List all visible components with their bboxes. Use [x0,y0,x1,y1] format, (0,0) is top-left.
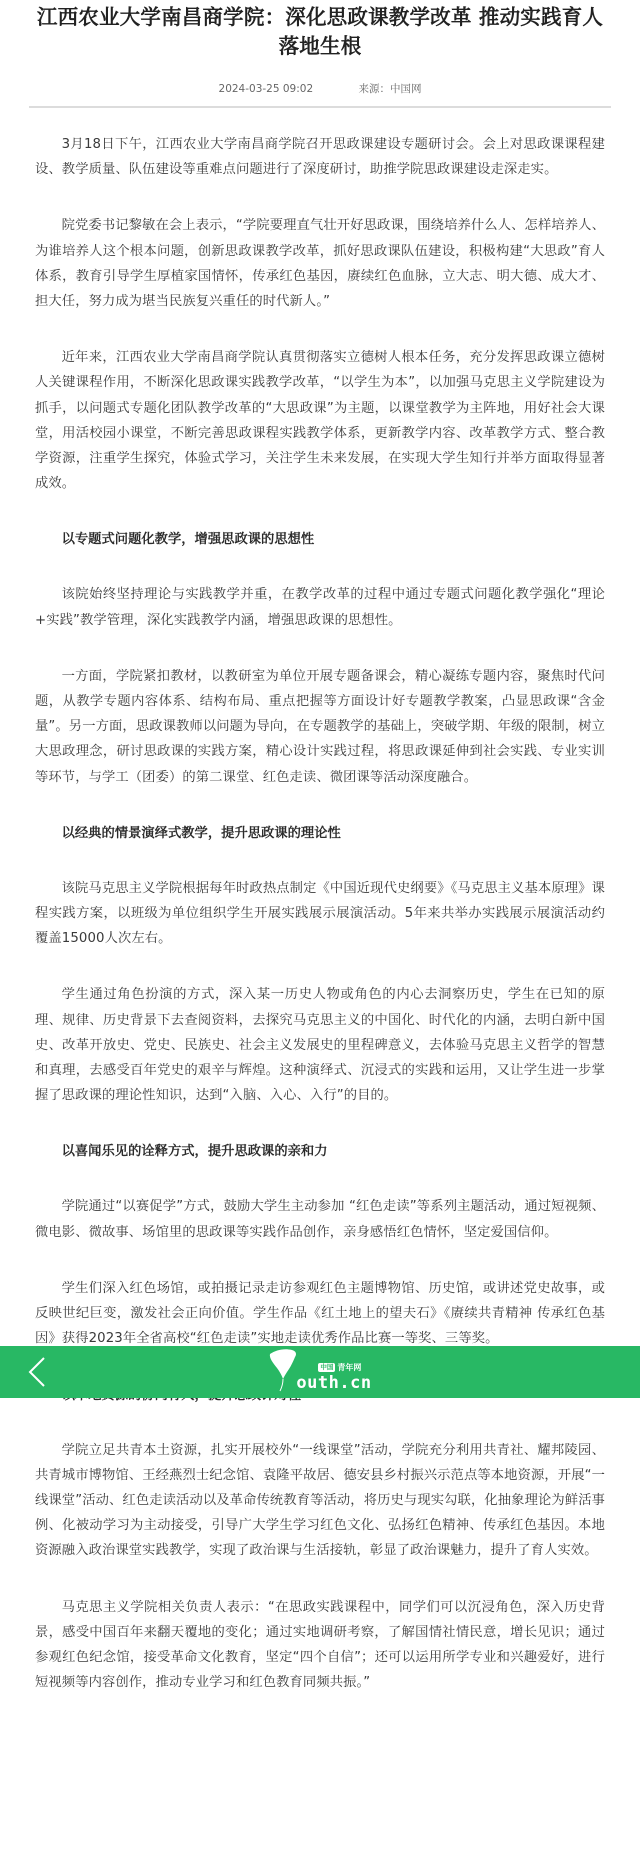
paragraph: 学院通过“以赛促学”方式，鼓励大学生主动参加 “红色走读”等系列主题活动，通过短… [35,1194,605,1244]
chevron-left-icon [22,1356,52,1388]
back-button[interactable] [22,1356,52,1388]
logo-badge: 中国 [318,1363,335,1372]
paragraph: 一方面，学院紧扣教材，以教研室为单位开展专题备课会，精心凝练专题内容，聚焦时代问… [35,664,605,790]
article-title: 江西农业大学南昌商学院：深化思政课教学改革 推动实践育人落地生根 [35,0,605,61]
paragraph: 学生们深入红色场馆，或拍摄记录走访参观红色主题博物馆、历史馆，或讲述党史故事，或… [35,1276,605,1352]
section-heading: 以专题式问题化教学，增强思政课的思想性 [35,527,605,552]
paragraph: 3月18日下午，江西农业大学南昌商学院召开思政课建设专题研讨会。会上对思政课课程… [35,132,605,182]
paragraph: 近年来，江西农业大学南昌商学院认真贯彻落实立德树人根本任务，充分发挥思政课立德树… [35,345,605,496]
section-heading: 以经典的情景演绎式教学，提升思政课的理论性 [35,821,605,846]
paragraph: 学院立足共青本土资源，扎实开展校外“一线课堂”活动，学院充分利用共青社、耀邦陵园… [35,1438,605,1564]
article-page: 江西农业大学南昌商学院：深化思政课教学改革 推动实践育人落地生根 2024-03… [0,0,640,1695]
ginkgo-leaf-icon [268,1348,298,1392]
paragraph: 院党委书记黎敏在会上表示，“学院要理直气壮开好思政课，围绕培养什么人、怎样培养人… [35,213,605,314]
paragraph: 学生通过角色扮演的方式，深入某一历史人物或角色的内心去洞察历史，学生在已知的原理… [35,982,605,1108]
publish-date: 2024-03-25 09:02 [219,83,314,95]
paragraph: 该院始终坚持理论与实践教学并重，在教学改革的过程中通过专题式问题化教学强化“理论… [35,582,605,632]
article-meta: 2024-03-25 09:02 来源：中国网 [35,81,605,97]
logo-cn-text: 青年网 [337,1362,361,1373]
site-header-bar: 中国 青年网 outh.cn [0,1346,640,1398]
logo-english: outh.cn [296,1374,371,1392]
article-source: 来源：中国网 [358,83,421,95]
section-heading: 以喜闻乐见的诠释方式，提升思政课的亲和力 [35,1139,605,1164]
logo-chinese: 中国 青年网 [318,1362,361,1373]
youth-cn-logo[interactable]: 中国 青年网 outh.cn [268,1352,371,1392]
article-body: 3月18日下午，江西农业大学南昌商学院召开思政课建设专题研讨会。会上对思政课课程… [35,108,605,1695]
paragraph: 该院马克思主义学院根据每年时政热点制定《中国近现代史纲要》《马克思主义基本原理》… [35,876,605,952]
paragraph: 马克思主义学院相关负责人表示：“在思政实践课程中，同学们可以沉浸角色，深入历史背… [35,1595,605,1696]
